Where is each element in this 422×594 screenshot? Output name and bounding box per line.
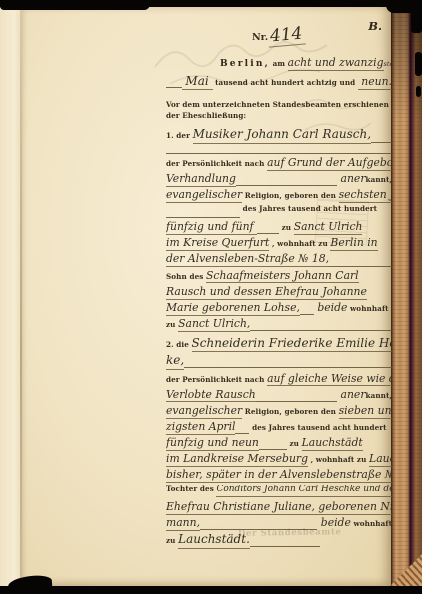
- handwritten-text: Berlin in: [330, 237, 377, 251]
- printed-text: 2. die: [166, 341, 192, 349]
- printed-text: , wohnhaft zu: [269, 240, 330, 248]
- form-line: im Kreise Querfurt , wohnhaft zu Berlin …: [166, 237, 392, 253]
- handwritten-text: Marie geborenen Lohse,: [166, 302, 300, 316]
- printed-text: Religion, geboren den: [242, 408, 338, 416]
- handwritten-text: acht und zwanzig: [288, 57, 384, 71]
- printed-text: zu: [166, 537, 178, 545]
- handwritten-text: Verhandlung: [166, 173, 236, 187]
- handwritten-text: Lauchstädt: [302, 437, 363, 451]
- form-line: zu Sanct Ulrich,: [166, 318, 392, 334]
- handwritten-text: auf gleiche Weise wie der: [267, 373, 392, 387]
- form-line: Berlin, am acht und zwanzigsten: [166, 57, 392, 73]
- printed-text: wohnhaft: [347, 305, 388, 313]
- record-number-label: Nr.: [252, 32, 268, 43]
- handwritten-text: bisher, später in der Alvenslebenstraße …: [166, 469, 392, 483]
- printed-text: Tochter des: [166, 485, 216, 493]
- printed-text: wohnhaft: [351, 520, 392, 528]
- blank-rule: [235, 433, 249, 434]
- form-line: evangelischer Religion, geboren den sech…: [166, 189, 392, 205]
- handwritten-text: Rausch und dessen Ehefrau Johanne: [166, 286, 367, 300]
- form-line: der Persönlichkeit nach auf Grund der Au…: [166, 157, 392, 173]
- binding-notch: [415, 52, 422, 76]
- handwritten-text: Ehefrau Christiane Juliane, geborenen Ni…: [166, 501, 392, 515]
- blank-rule: [184, 367, 392, 368]
- blank-rule: [259, 449, 287, 450]
- handwritten-text: Schaafmeisters Johann Carl: [206, 270, 359, 284]
- record-number-value: 414: [267, 23, 306, 47]
- printed-text: Sohn des: [166, 273, 206, 281]
- form-line: Verhandlung anerkannt,: [166, 173, 392, 189]
- blank-rule: [250, 330, 392, 331]
- form-line: mann, beide wohnhaft: [166, 517, 392, 533]
- handwritten-text: aner: [337, 173, 365, 185]
- handwritten-text: Musiker Johann Carl Rausch,: [193, 128, 371, 143]
- blank-rule: [329, 266, 392, 267]
- record-number: Nr.414: [252, 25, 306, 46]
- handwritten-text: fünfzig und fünf: [166, 221, 257, 235]
- handwritten-text: evangelischer: [166, 405, 242, 419]
- form-line: fünfzig und fünf zu Sanct Ulrich: [166, 221, 392, 237]
- blank-rule: [236, 185, 337, 186]
- handwritten-text: Sanct Ulrich: [294, 221, 363, 235]
- form-line: der Alvensleben-Straße № 18,: [166, 253, 392, 269]
- handwritten-text: im Landkreise Merseburg: [166, 453, 308, 467]
- printed-text: kannt,: [365, 392, 392, 400]
- form-line: zu Lauchstädt.: [166, 533, 392, 549]
- printed-text: der Eheschließung:: [166, 112, 246, 120]
- form-line: des Jahres tausend acht hundert: [166, 205, 392, 221]
- handwritten-text: Sanct Ulrich,: [178, 318, 250, 332]
- form-line: Ehefrau Christiane Juliane, geborenen Ni…: [166, 501, 392, 517]
- printed-superscript: sten: [384, 60, 392, 68]
- form-line: der Persönlichkeit nach auf gleiche Weis…: [166, 373, 392, 389]
- form-line: der Eheschließung:: [166, 112, 392, 123]
- form-line: Mai tausend acht hundert achtzig und neu…: [166, 75, 392, 91]
- photo-frame-top-right: [386, 0, 422, 13]
- handwritten-text: sechsten Juni: [339, 189, 392, 203]
- handwritten-text: beide: [317, 517, 351, 529]
- photo-frame-top-left: [0, 0, 150, 10]
- form-line: Tochter des Conditors Johann Carl Heschk…: [166, 485, 392, 501]
- printed-text: 1. der: [166, 132, 193, 140]
- form-line: Rausch und dessen Ehefrau Johanne: [166, 286, 392, 302]
- handwritten-text: Mai: [182, 75, 213, 90]
- handwritten-text: ke,: [166, 354, 184, 369]
- printed-text: der Persönlichkeit nach: [166, 376, 267, 384]
- handwritten-text: Lauchstädt,: [369, 453, 392, 467]
- blank-rule: [166, 217, 240, 218]
- blank-rule: [300, 314, 314, 315]
- blank-rule: [257, 233, 279, 234]
- handwritten-text: beide: [314, 302, 348, 314]
- printed-text: Religion, geboren den: [242, 192, 338, 200]
- form-line: 2. die Schneiderin Friederike Emilie Hes…: [166, 337, 392, 355]
- form-line: fünfzig und neun zu Lauchstädt: [166, 437, 392, 453]
- printed-text: zu: [166, 321, 178, 329]
- handwritten-text: fünfzig und neun: [166, 437, 259, 451]
- form-line: ke,: [166, 354, 392, 370]
- printed-text: des Jahres tausend acht hundert: [249, 424, 386, 432]
- handwritten-text: sieben und zwan-: [339, 405, 392, 419]
- form-line: bisher, später in der Alvenslebenstraße …: [166, 469, 392, 485]
- page-letter: B.: [368, 19, 382, 33]
- handwritten-text: evangelischer: [166, 189, 242, 203]
- blank-rule: [371, 142, 392, 143]
- printed-text: am: [270, 60, 288, 68]
- handwritten-text: auf Grund der Aufgebots-: [267, 157, 392, 171]
- handwritten-text: Verlobte Rausch: [166, 389, 256, 403]
- handwritten-text: aner: [337, 389, 365, 401]
- marriage-register-form: Berlin, am acht und zwanzigsten Mai taus…: [166, 57, 392, 550]
- printed-text: Berlin,: [220, 60, 270, 70]
- printed-text: zu: [287, 440, 302, 448]
- blank-rule: [250, 546, 320, 547]
- printed-text: des Jahres tausend acht hundert: [240, 205, 377, 213]
- printed-text: der Persönlichkeit nach: [166, 160, 267, 168]
- printed-text: , wohnhaft zu: [308, 456, 369, 464]
- form-line: Vor dem unterzeichneten Standesbeamten e…: [166, 101, 392, 112]
- handwritten-text: der Alvensleben-Straße № 18,: [166, 253, 329, 267]
- handwritten-text: mann,: [166, 517, 200, 531]
- form-line: Sohn des Schaafmeisters Johann Carl: [166, 270, 392, 286]
- form-line: im Landkreise Merseburg , wohnhaft zu La…: [166, 453, 392, 469]
- blank-rule: [166, 153, 392, 154]
- blank-rule: [200, 529, 317, 530]
- binding-notch: [416, 86, 421, 97]
- handwritten-text: zigsten April: [166, 421, 235, 435]
- form-line: Verlobte Rausch anerkannt,: [166, 389, 392, 405]
- form-line: Marie geborenen Lohse, beide wohnhaft: [166, 302, 392, 318]
- form-line: evangelischer Religion, geboren den sieb…: [166, 405, 392, 421]
- handwritten-text: neun.: [358, 76, 392, 90]
- photo-frame-bottom: [0, 586, 422, 594]
- form-line: zigsten April des Jahres tausend acht hu…: [166, 421, 392, 437]
- scanned-register-photo: Der Standesbeamte B. Nr.414 Berlin, am a…: [0, 0, 422, 594]
- handwritten-text: Schneiderin Friederike Emilie Hesch-: [192, 337, 392, 352]
- handwritten-text: Lauchstädt.: [178, 533, 250, 548]
- blank-rule: [166, 87, 182, 88]
- printed-text: Vor dem unterzeichneten Standesbeamten e…: [166, 101, 392, 109]
- page-fold-crease: [20, 5, 22, 587]
- form-line: 1. der Musiker Johann Carl Rausch,: [166, 128, 392, 146]
- printed-text: kannt,: [365, 176, 392, 184]
- handwritten-text: im Kreise Querfurt: [166, 237, 269, 251]
- form-line: [166, 148, 392, 157]
- handwritten-text: Conditors Johann Carl Heschke und dessen: [216, 485, 392, 497]
- printed-text: zu: [279, 224, 294, 232]
- blank-rule: [256, 401, 337, 402]
- printed-text: tausend acht hundert achtzig und: [213, 79, 358, 87]
